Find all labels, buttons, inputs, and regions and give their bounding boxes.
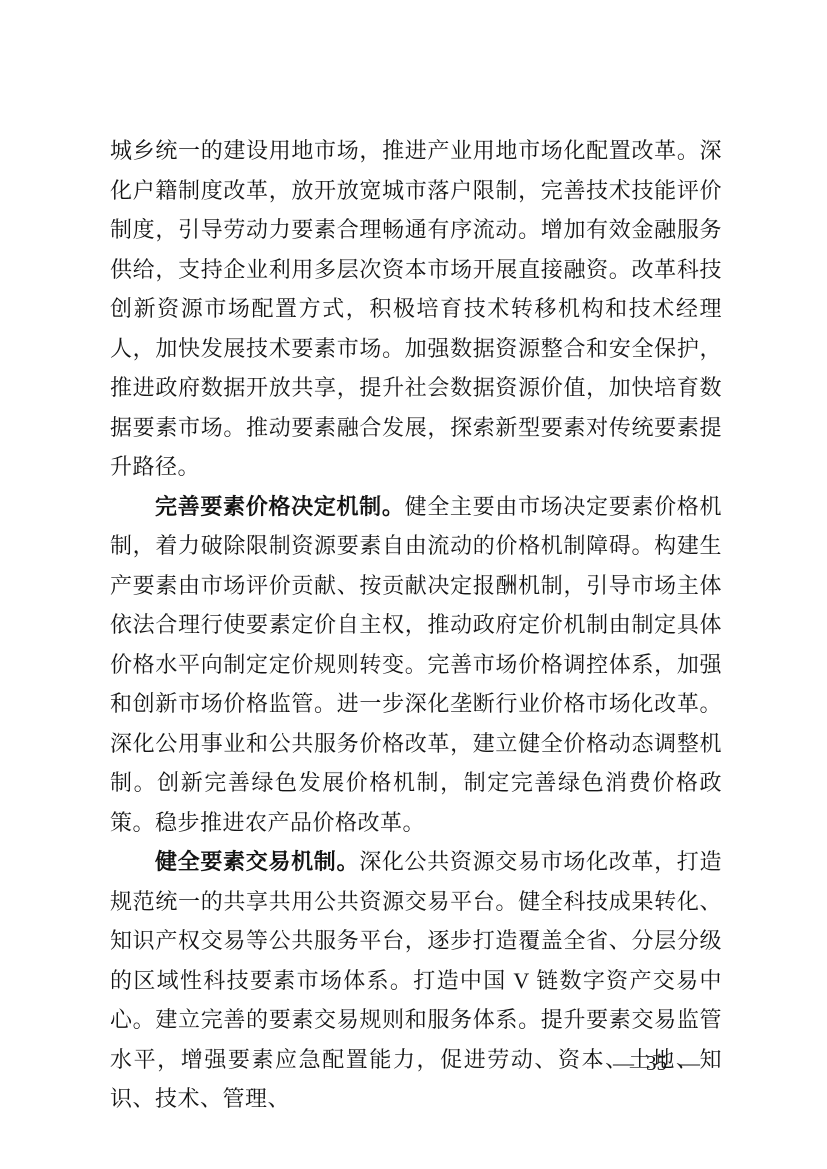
paragraph-text: 城乡统一的建设用地市场，推进产业用地市场化配置改革。深化户籍制度改革，放开放宽城… <box>110 138 722 479</box>
page-number: 35 <box>646 1051 667 1075</box>
paragraph-factor-trading: 健全要素交易机制。深化公共资源交易市场化改革，打造规范统一的共享共用公共资源交易… <box>110 842 722 1119</box>
page-body-text: 城乡统一的建设用地市场，推进产业用地市场化配置改革。深化户籍制度改革，放开放宽城… <box>110 131 722 1119</box>
page-number-right-dash: — <box>679 1051 700 1075</box>
paragraph-lead-bold: 健全要素交易机制。 <box>155 849 359 874</box>
paragraph-continued: 城乡统一的建设用地市场，推进产业用地市场化配置改革。深化户籍制度改革，放开放宽城… <box>110 131 722 487</box>
paragraph-lead-bold: 完善要素价格决定机制。 <box>155 494 405 519</box>
page-number-left-dash: — <box>613 1051 634 1075</box>
document-page: 城乡统一的建设用地市场，推进产业用地市场化配置改革。深化户籍制度改革，放开放宽城… <box>0 0 827 1169</box>
page-number-footer: — 35 — <box>613 1051 700 1075</box>
paragraph-text: 健全主要由市场决定要素价格机制，着力破除限制资源要素自由流动的价格机制障碍。构建… <box>110 494 722 835</box>
paragraph-factor-pricing: 完善要素价格决定机制。健全主要由市场决定要素价格机制，着力破除限制资源要素自由流… <box>110 487 722 843</box>
